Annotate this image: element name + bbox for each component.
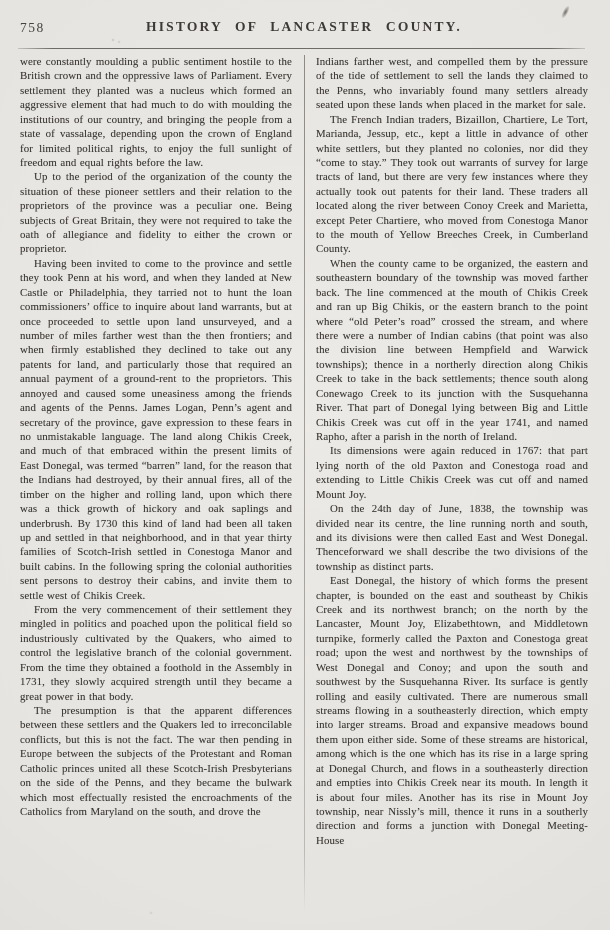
paragraph: The French Indian traders, Bizaillon, Ch… xyxy=(316,113,588,257)
paragraph: East Donegal, the history of which forms… xyxy=(316,574,588,848)
book-page: 758 HISTORY OF LANCASTER COUNTY. were co… xyxy=(0,0,610,930)
column-divider-rule xyxy=(304,55,305,912)
left-column: were constantly moulding a public sentim… xyxy=(20,55,292,912)
paragraph: Its dimensions were again reduced in 176… xyxy=(316,444,588,502)
paragraph: The presumption is that the apparent dif… xyxy=(20,704,292,819)
paragraph: When the county came to be organized, th… xyxy=(316,257,588,444)
running-title: HISTORY OF LANCASTER COUNTY. xyxy=(20,19,588,35)
scan-speck-artifacts xyxy=(0,0,2,2)
paragraph: Up to the period of the organization of … xyxy=(20,170,292,257)
paragraph: Having been invited to come to the provi… xyxy=(20,257,292,603)
paragraph: From the very commencement of their sett… xyxy=(20,603,292,704)
header-rule xyxy=(18,48,585,49)
paragraph: On the 24th day of June, 1838, the towns… xyxy=(316,502,588,574)
paragraph: Indians farther west, and compelled them… xyxy=(316,55,588,113)
text-columns: were constantly moulding a public sentim… xyxy=(20,55,588,912)
paragraph: were constantly moulding a public sentim… xyxy=(20,55,292,170)
right-column: Indians farther west, and compelled them… xyxy=(316,55,588,912)
page-header: 758 HISTORY OF LANCASTER COUNTY. xyxy=(20,18,588,42)
